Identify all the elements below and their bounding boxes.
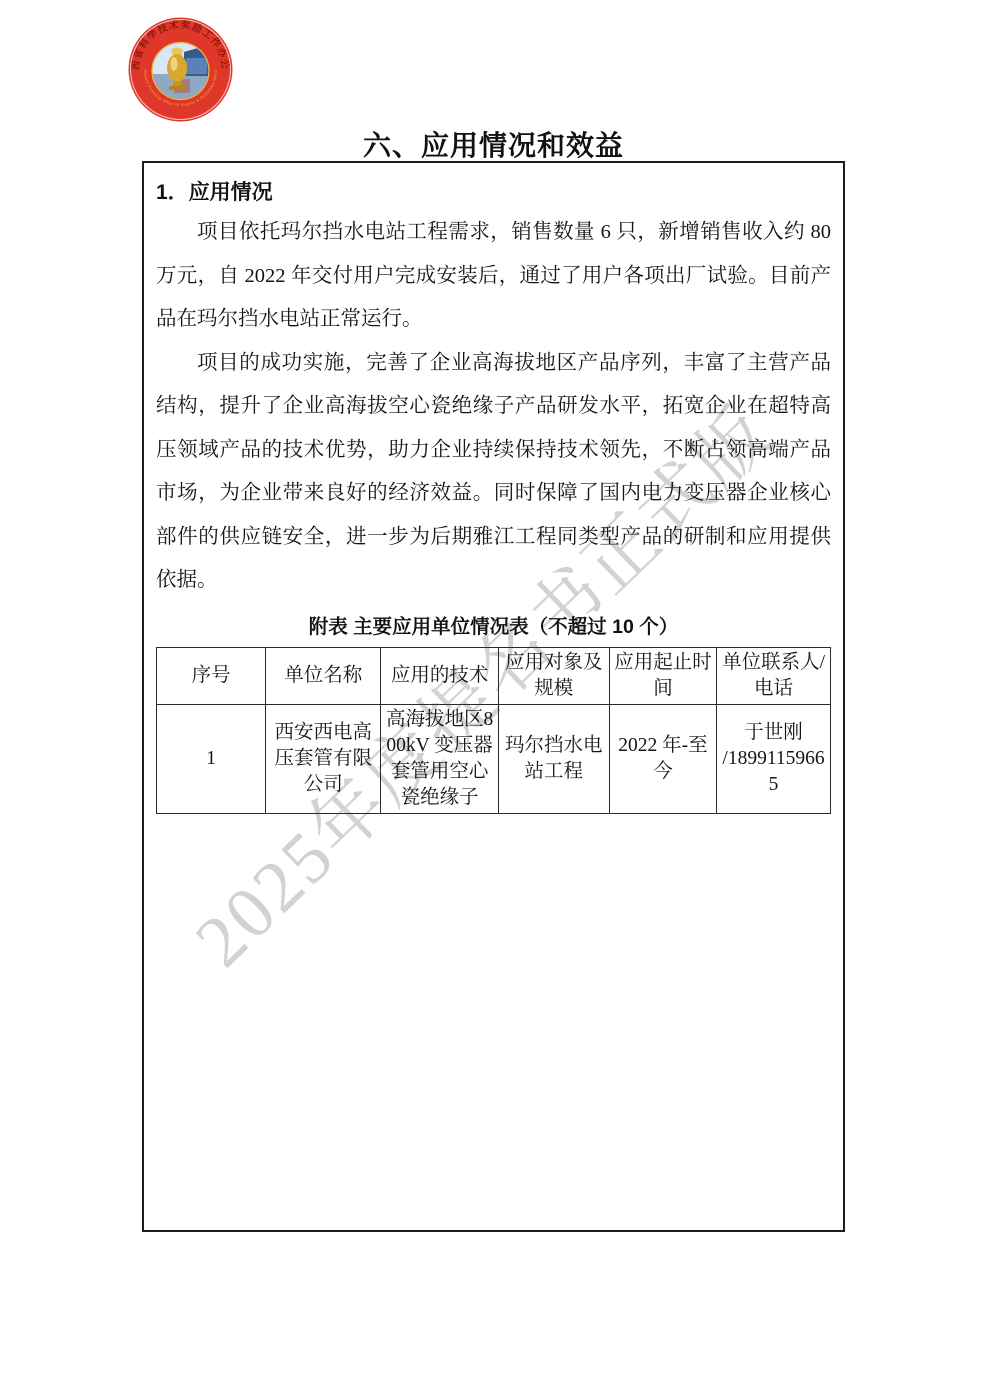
paragraph-application-2: 项目的成功实施，完善了企业高海拔地区产品序列，丰富了主营产品结构，提升了企业高海… bbox=[156, 342, 831, 603]
application-units-table: 序号 单位名称 应用的技术 应用对象及规模 应用起止时间 单位联系人/电话 1 … bbox=[156, 647, 831, 814]
cell-serial-no: 1 bbox=[157, 704, 266, 813]
page-title: 六、应用情况和效益 bbox=[142, 124, 845, 164]
header-contact: 单位联系人/电话 bbox=[717, 647, 831, 704]
trophy-body bbox=[167, 54, 187, 82]
table-header-row: 序号 单位名称 应用的技术 应用对象及规模 应用起止时间 单位联系人/电话 bbox=[157, 647, 831, 704]
paragraph-application-1: 项目依托玛尔挡水电站工程需求，销售数量 6 只，新增销售收入约 80 万元，自 … bbox=[156, 211, 831, 342]
section-heading: 1．应用情况 bbox=[156, 175, 831, 211]
cell-period: 2022 年-至今 bbox=[609, 704, 716, 813]
header-period: 应用起止时间 bbox=[609, 647, 716, 704]
seal-graphic: 陕西省科学技术奖励工作办公室 Shaanxi Provincial Office… bbox=[127, 16, 234, 123]
table-row: 1 西安西电高压套管有限公司 高海拔地区800kV 变压器套管用空心瓷绝缘子 玛… bbox=[157, 704, 831, 813]
table-caption: 附表 主要应用单位情况表（不超过 10 个） bbox=[156, 613, 831, 641]
trophy-base bbox=[169, 86, 185, 90]
header-serial-no: 序号 bbox=[157, 647, 266, 704]
header-technology: 应用的技术 bbox=[381, 647, 498, 704]
cell-unit-name: 西安西电高压套管有限公司 bbox=[266, 704, 381, 813]
cell-contact: 于世刚 /18991159665 bbox=[717, 704, 831, 813]
header-unit-name: 单位名称 bbox=[266, 647, 381, 704]
cell-technology: 高海拔地区800kV 变压器套管用空心瓷绝缘子 bbox=[381, 704, 498, 813]
header-target-scale: 应用对象及规模 bbox=[498, 647, 609, 704]
cell-target-scale: 玛尔挡水电站工程 bbox=[498, 704, 609, 813]
content-box: 1．应用情况 项目依托玛尔挡水电站工程需求，销售数量 6 只，新增销售收入约 8… bbox=[142, 161, 845, 1232]
award-office-seal: 陕西省科学技术奖励工作办公室 Shaanxi Provincial Office… bbox=[127, 16, 234, 123]
